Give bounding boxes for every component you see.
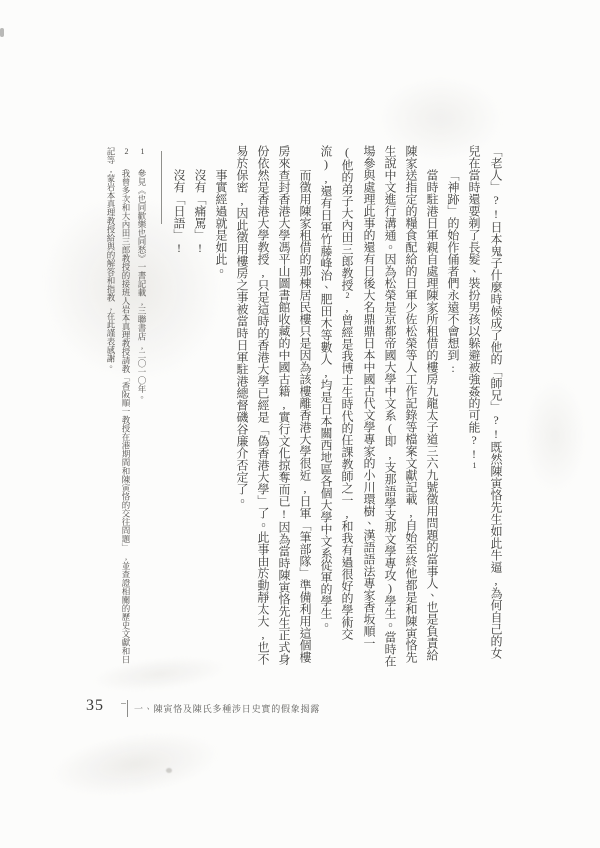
paragraph: 事實經過就是如此。 (210, 145, 231, 667)
footnote-item: 1 參見《也同歡樂也同愁》一書記載,三聯書店,二〇一〇年。 (134, 147, 150, 667)
paragraph: 「老人」?!日本鬼子什麼時候成了他的「師兄」?!既然陳寅恪先生如此牛逼,為何自己… (463, 145, 506, 667)
footnote-number: 1 (138, 147, 147, 169)
footnote-item: 2 我曾多次和大內田三郎教授的接班人岩本真理教授請教「香阪順一教授在港期間和陳寅… (103, 147, 134, 667)
running-title: 一、陳寅恪及陳氏多種涉日史實的假象揭露 (134, 702, 320, 715)
page-number: 35 (86, 697, 104, 715)
scan-stain (524, 378, 586, 493)
paragraph: 沒有「痛罵」! (189, 145, 210, 667)
main-text-block: 「老人」?!日本鬼子什麼時候成了他的「師兄」?!既然陳寅恪先生如此牛逼,為何自己… (166, 145, 506, 667)
scan-speck (0, 28, 4, 37)
paragraph: 沒有「日語」! (168, 145, 189, 667)
scan-stain (45, 721, 227, 807)
paragraph: 而徵用陳家租借的那棟居民樓只是因為該樓離香港大學很近,日軍「筆部隊」準備利用這個… (231, 145, 315, 667)
footnote-number: 2 (122, 147, 131, 169)
scan-speck (166, 768, 172, 773)
footnote-ref: 1 (470, 461, 479, 470)
book-page: 「老人」?!日本鬼子什麼時候成了他的「師兄」?!既然陳寅恪先生如此牛逼,為何自己… (0, 0, 600, 848)
footnotes-block: 1 參見《也同歡樂也同愁》一書記載,三聯書店,二〇一〇年。2 我曾多次和大內田三… (100, 147, 150, 667)
footer-divider-bar (127, 700, 128, 717)
paragraph: 「神跡」的始作俑者們永遠不會想到: (442, 145, 463, 667)
footnote-separator-line (161, 151, 162, 224)
paragraph: 當時駐港日軍親自處理陳家所租借的樓房九龍太子道三六九號徵用問題的當事人、也是負責… (315, 145, 442, 667)
footnote-ref: 2 (343, 291, 352, 300)
footer-tick-mark (121, 703, 126, 704)
